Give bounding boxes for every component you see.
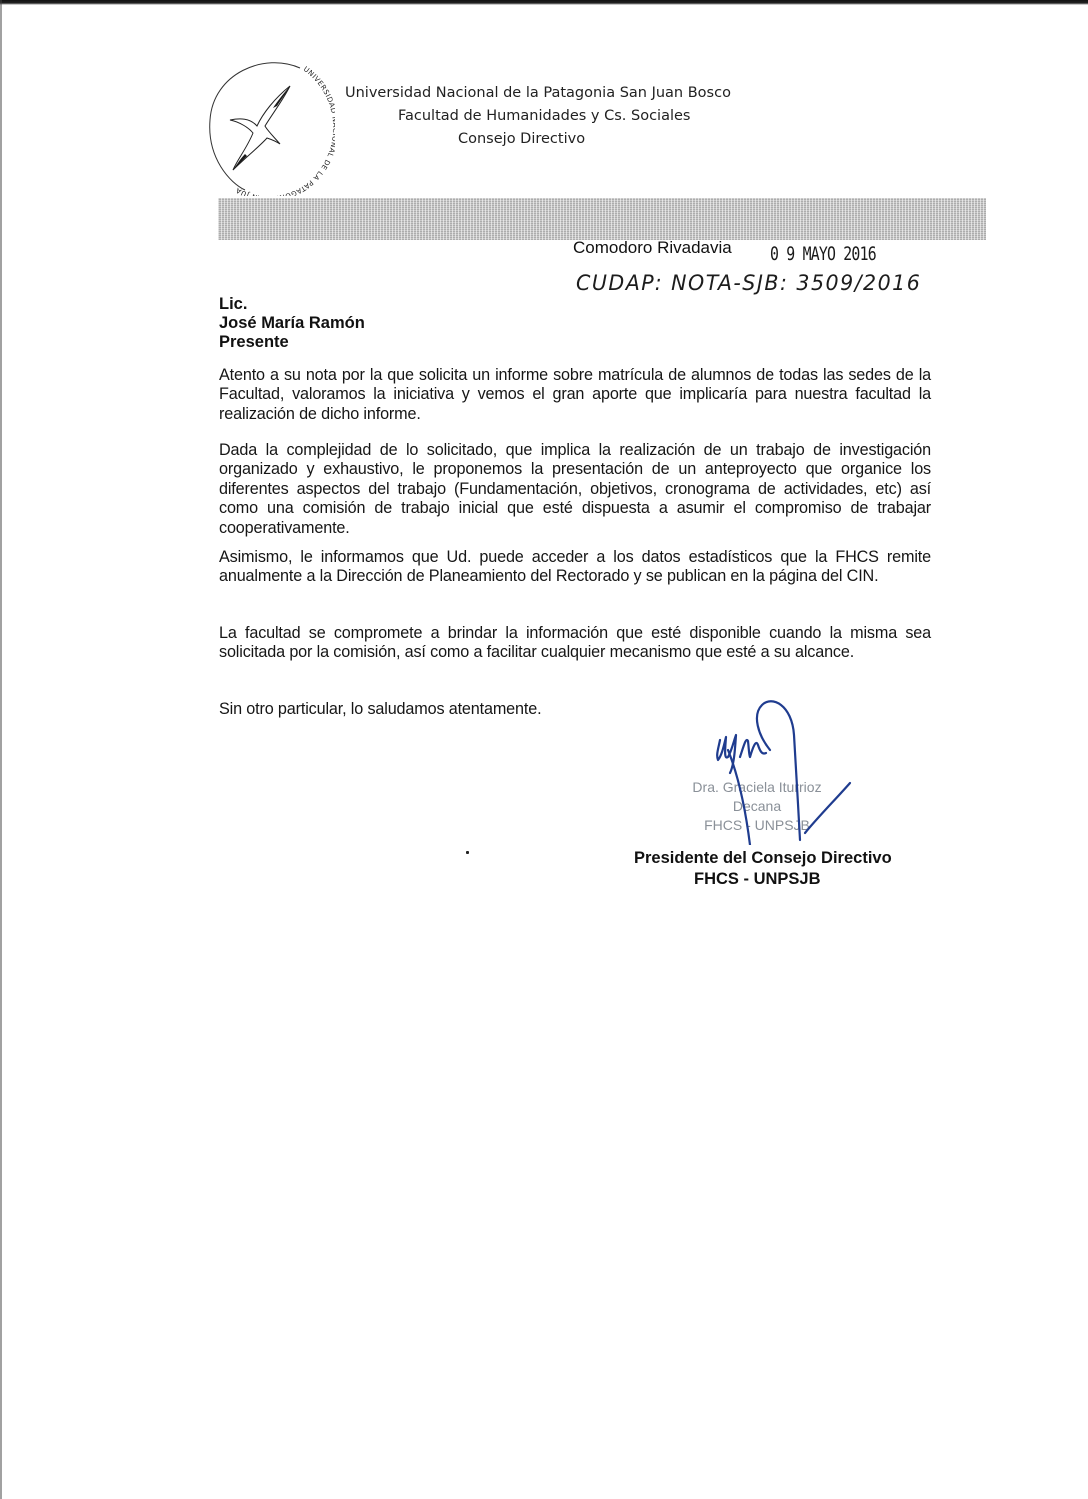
seal-text: UNIVERSIDAD NACIONAL DE LA PATAGONIA SAN… [205, 58, 335, 196]
body-paragraph: La facultad se compromete a brindar la i… [219, 624, 931, 663]
recipient-block: Lic. José María Ramón Presente [219, 295, 365, 352]
signer-title: Presidente del Consejo Directivo [634, 848, 892, 869]
recipient-closing: Presente [219, 333, 365, 352]
reference-number: CUDAP: NOTA-SJB: 3509/2016 [576, 271, 921, 295]
svg-text:UNIVERSIDAD NACIONAL DE LA PAT: UNIVERSIDAD NACIONAL DE LA PATAGONIA SAN… [205, 58, 335, 196]
scan-edge-left [0, 0, 2, 1499]
date-stamp: 0 9 MAYO 2016 [770, 243, 876, 265]
signer-title-block: Presidente del Consejo Directivo FHCS - … [634, 848, 892, 890]
recipient-name: José María Ramón [219, 314, 365, 333]
body-paragraph: Atento a su nota por la que solicita un … [219, 366, 931, 424]
body-paragraph: Asimismo, le informamos que Ud. puede ac… [219, 548, 931, 587]
albatross-seal-icon: UNIVERSIDAD NACIONAL DE LA PATAGONIA SAN… [205, 58, 335, 196]
faculty-name: Facultad de Humanidades y Cs. Sociales [398, 105, 690, 127]
scan-speck [466, 851, 469, 854]
council-name: Consejo Directivo [458, 128, 585, 150]
scan-edge [0, 0, 1088, 5]
university-name: Universidad Nacional de la Patagonia San… [345, 82, 731, 104]
signer-org: FHCS - UNPSJB [634, 869, 892, 890]
handwritten-signature [700, 695, 860, 845]
recipient-title: Lic. [219, 295, 365, 314]
letterhead-banner [218, 198, 986, 240]
place: Comodoro Rivadavia [573, 238, 732, 258]
body-paragraph: Dada la complejidad de lo solicitado, qu… [219, 441, 931, 538]
